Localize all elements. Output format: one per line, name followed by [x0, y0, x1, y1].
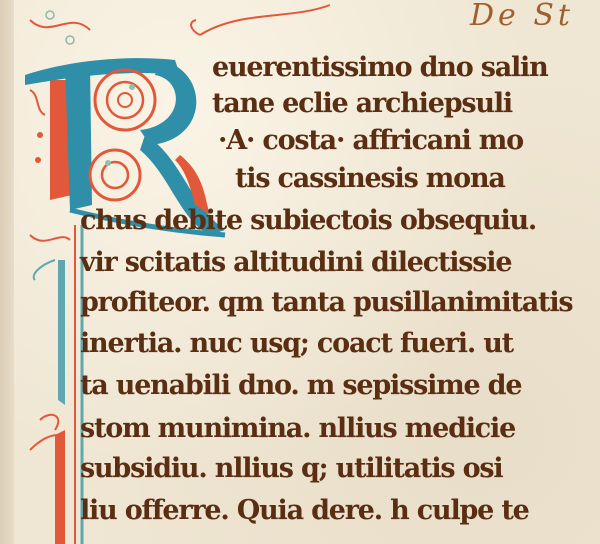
- manuscript-line-10: stom munimina. nllius medicie: [80, 413, 515, 444]
- manuscript-line-9: ta uenabili dno. m sepissime de: [80, 370, 521, 401]
- running-head: De St: [470, 0, 574, 33]
- manuscript-line-12: liu offerre. Quia dere. h culpe te: [80, 495, 529, 526]
- manuscript-line-1: euerentissimo dno salin: [212, 52, 548, 83]
- manuscript-line-3: ·A· costa· affricani mo: [218, 125, 523, 156]
- margin-border-decoration: [10, 225, 90, 544]
- manuscript-line-11: subsidiu. nllius q; utilitatis osi: [80, 453, 502, 484]
- manuscript-line-2: tane eclie archiepsuli: [212, 88, 512, 119]
- manuscript-line-5: chus debite subiectois obsequiu.: [80, 205, 536, 236]
- manuscript-line-8: inertia. nuc usq; coact fueri. ut: [80, 328, 513, 359]
- manuscript-line-6: vir scitatis altitudini dilectissie: [80, 247, 511, 278]
- manuscript-line-7: profiteor. qm tanta pusillanimitatis: [80, 287, 572, 318]
- manuscript-line-4: tis cassinesis mona: [235, 163, 505, 194]
